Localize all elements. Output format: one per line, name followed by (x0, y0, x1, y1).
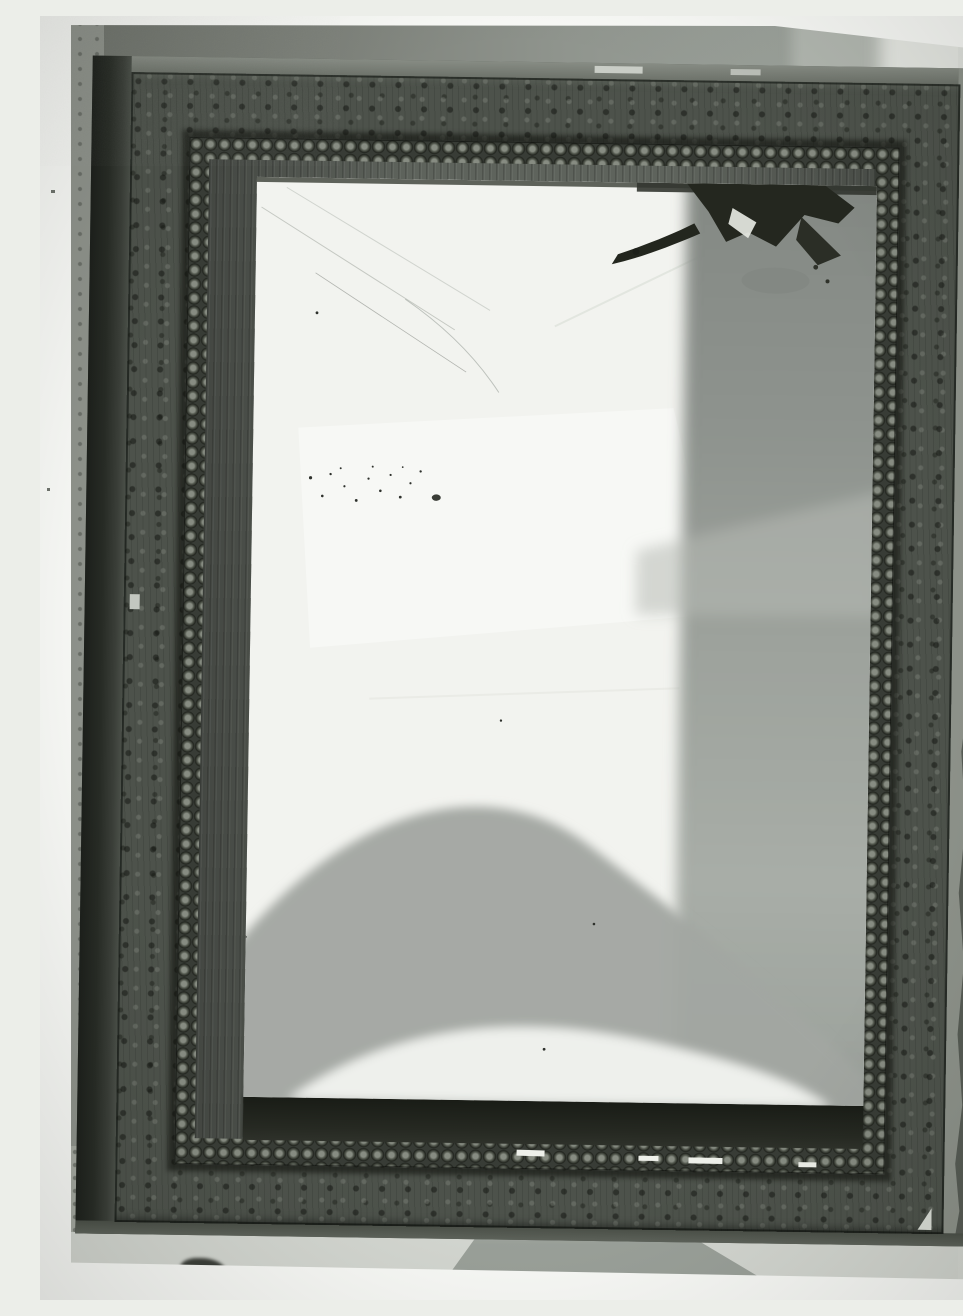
border-speck (47, 488, 50, 491)
picture-frame (75, 55, 963, 1246)
paint-chip (798, 1162, 816, 1167)
paint-chip (130, 594, 140, 609)
paint-chip (688, 1157, 722, 1164)
backing-shadow-art (243, 177, 877, 1106)
frame-opening-backing (243, 177, 877, 1106)
border-speck (51, 190, 55, 193)
print-border-left (40, 16, 71, 1300)
backing-crease (295, 403, 724, 654)
photograph: An empty ornately carved rectangular pic… (40, 16, 963, 1300)
paint-chip (516, 1150, 544, 1157)
paint-chip (638, 1156, 658, 1161)
